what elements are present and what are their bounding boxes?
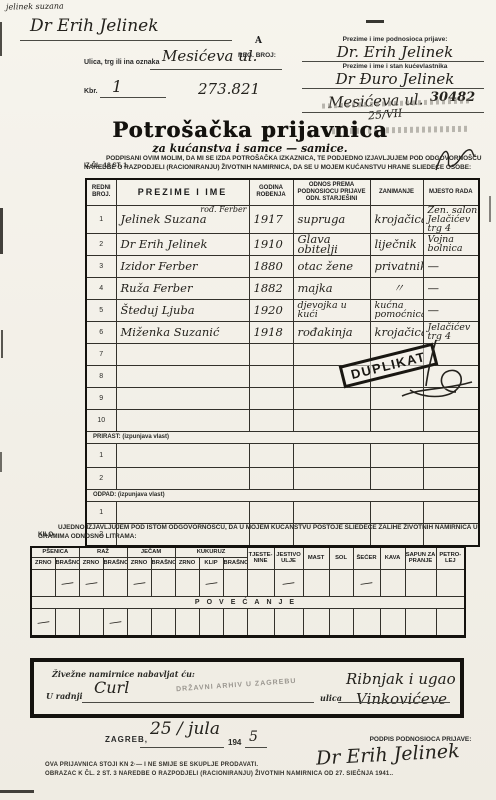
stock-cell: [436, 569, 465, 596]
reg-number-handwritten: 273.821: [198, 80, 260, 98]
underline: [302, 61, 484, 62]
scan-artifact: [366, 20, 384, 23]
applicant-label: Prezime i ime podnosioca prijave:: [305, 36, 485, 43]
odpad-label: ODPAD: (izpunjava vlast): [86, 489, 479, 501]
scan-artifact: [0, 22, 2, 56]
underline: [140, 747, 224, 748]
cell-relation: rođakinja: [293, 321, 370, 343]
cell-name: Miženka Suzanić: [116, 321, 249, 343]
underline: [150, 69, 282, 70]
table-row: 4 Ruža Ferber 1882 majka 〃 —: [86, 277, 479, 299]
cell-workplace: [423, 409, 479, 431]
sub-col-klip: KLIP: [199, 557, 223, 569]
signature-handwritten: Dr Erih Jelinek: [316, 738, 493, 769]
cell-born: [249, 365, 293, 387]
stock-cell: [223, 608, 247, 636]
reg-broj-label: REG. BROJ:: [238, 52, 276, 59]
archive-stamp: DRŽAVNI ARHIV U ZAGREBU: [176, 678, 297, 693]
povecanje-label: POVEĆANJE: [31, 596, 465, 608]
stock-row: — — — — — —: [31, 569, 465, 596]
stock-cell: —: [127, 569, 151, 596]
cell-workplace: Vojna bolnica: [423, 233, 479, 255]
cell-relation: Glava obitelji: [293, 233, 370, 255]
cell-name: [116, 409, 249, 431]
underline: [245, 747, 267, 748]
col-header-mjesto-rada: MJESTO RADA: [423, 179, 479, 205]
stock-cell: [79, 608, 103, 636]
row-number: 1: [86, 205, 116, 233]
col-tjestenine: TJESTE- NINE: [247, 547, 274, 569]
sub-col-brasno: BRAŠNO: [223, 557, 247, 569]
cell-occupation: [370, 409, 423, 431]
stock-cell: [151, 569, 175, 596]
row-number: 9: [86, 387, 116, 409]
stock-cell: [405, 608, 436, 636]
shop-label: U radnji: [46, 691, 83, 701]
stock-table: PŠENICA RAŽ JEČAM KUKURUZ TJESTE- NINE J…: [30, 546, 466, 638]
stock-cell: [405, 569, 436, 596]
cell-born: [249, 343, 293, 365]
scan-artifact: [0, 452, 2, 472]
sub-col-zrno: ZRNO: [79, 557, 103, 569]
scanned-form-page: jelinek suzana Dr Erih Jelinek Ulica, tr…: [0, 0, 496, 800]
col-secer: ŠEĆER: [353, 547, 380, 569]
cell-occupation: liječnik: [370, 233, 423, 255]
col-header-godina: GODINA ROĐENJA: [249, 179, 293, 205]
stock-cell: [329, 569, 353, 596]
stock-cell: [274, 608, 303, 636]
cell-workplace: —: [423, 255, 479, 277]
city-label: ZAGREB,: [105, 735, 148, 744]
stock-cell: —: [79, 569, 103, 596]
row-number: 7: [86, 343, 116, 365]
kbr-label: Kbr.: [84, 88, 98, 95]
cell-workplace: Žen. salon Jelačićev trg 4: [423, 205, 479, 233]
table-row: 1: [86, 443, 479, 467]
stock-cell: —: [103, 608, 127, 636]
table-row: 1 rođ. FerberJelinek Suzana 1917 supruga…: [86, 205, 479, 233]
cell-name: [116, 467, 249, 489]
scan-artifact: [0, 208, 3, 254]
stock-table-wrap: PŠENICA RAŽ JEČAM KUKURUZ TJESTE- NINE J…: [30, 546, 466, 638]
stock-cell: —: [353, 569, 380, 596]
cell-relation: supruga: [293, 205, 370, 233]
scan-artifact: [1, 330, 3, 358]
col-group-jecam: JEČAM: [127, 547, 175, 557]
stock-cell: [55, 608, 79, 636]
signature-scribble: [396, 334, 480, 406]
declaration-line2: NAREDBE O RAZPODJELI (RACIONIRANJU) ŽIVO…: [84, 164, 484, 171]
reg-letter: A: [255, 36, 262, 46]
stock-cell: [380, 569, 405, 596]
table-row: 2: [86, 467, 479, 489]
prirast-band: PRIRAST: (izpunjava vlast): [86, 431, 479, 443]
cell-relation: [293, 501, 370, 523]
col-jestivo-ulje: JESTIVO ULJE: [274, 547, 303, 569]
cell-relation: [293, 387, 370, 409]
scan-artifact: [0, 790, 34, 793]
cell-born: [249, 387, 293, 409]
ink-scribble: [432, 144, 478, 174]
stock-cell: [199, 608, 223, 636]
table-row: 5 Šteduj Ljuba 1920 djevojka u kući kućn…: [86, 299, 479, 321]
stock-cell: [353, 608, 380, 636]
stock-cell: [247, 608, 274, 636]
cell-born: [249, 409, 293, 431]
col-group-kukuruz: KUKURUZ: [175, 547, 247, 557]
footnote-line2: OBRAZAC K ČL. 2 ST. 3 NAREDBE O RAZPODJE…: [45, 771, 393, 777]
col-header-zanimanje: ZANIMANJE: [370, 179, 423, 205]
cell-name: [116, 343, 249, 365]
cell-relation: [293, 409, 370, 431]
underline: [302, 88, 484, 89]
row-number: 5: [86, 299, 116, 321]
cell-born: 1918: [249, 321, 293, 343]
cell-born: [249, 501, 293, 523]
sub-col-zrno: ZRNO: [175, 557, 199, 569]
cell-relation: otac žene: [293, 255, 370, 277]
row-number: 8: [86, 365, 116, 387]
stock-cell: —: [31, 608, 55, 636]
stock-cell: [151, 608, 175, 636]
cell-born: [249, 443, 293, 467]
stock-cell: [436, 608, 465, 636]
col-mast: MAST: [303, 547, 329, 569]
sub-col-brasno: BRAŠNO: [103, 557, 127, 569]
cell-name: Šteduj Ljuba: [116, 299, 249, 321]
cell-occupation: [370, 501, 423, 523]
kbr-value-handwritten: 1: [112, 77, 122, 96]
col-header-odnos: ODNOS PREMA PODNOSIOCU PRIJAVE ODN. STAR…: [293, 179, 370, 205]
row-number: 6: [86, 321, 116, 343]
prirast-label: PRIRAST: (izpunjava vlast): [86, 431, 479, 443]
cell-born: 1882: [249, 277, 293, 299]
underline: [100, 97, 166, 98]
holder-name-handwritten: Dr Erih Jelinek: [30, 16, 159, 36]
col-group-psenica: PŠENICA: [31, 547, 79, 557]
cell-name: Ruža Ferber: [116, 277, 249, 299]
row-number: 3: [86, 255, 116, 277]
pencil-note: jelinek suzana: [6, 1, 64, 11]
stock-row: — —: [31, 608, 465, 636]
cell-workplace: —: [423, 277, 479, 299]
stock-cell: [247, 569, 274, 596]
row-number: 2: [86, 233, 116, 255]
stock-cell: [303, 608, 329, 636]
table-row: 3 Izidor Ferber 1880 otac žene privatnik…: [86, 255, 479, 277]
cell-name: [116, 387, 249, 409]
year-handwritten: 5: [249, 729, 258, 745]
cell-name: [116, 365, 249, 387]
row-number: 2: [86, 467, 116, 489]
stock-cell: [175, 608, 199, 636]
footnote-line1: OVA PRIJAVNICA STOJI KN 2·— I NE SMIJE S…: [45, 762, 258, 768]
cell-born: [249, 467, 293, 489]
col-header-prezime-ime: PREZIME I IME: [116, 179, 249, 205]
cell-occupation: kućna pomoćnica: [370, 299, 423, 321]
cell-occupation: [370, 467, 423, 489]
cell-occupation: [370, 443, 423, 467]
stock-group-header-row: PŠENICA RAŽ JEČAM KUKURUZ TJESTE- NINE J…: [31, 547, 465, 557]
sub-col-brasno: BRAŠNO: [55, 557, 79, 569]
applicant-value-handwritten: Dr. Erih Jelinek: [310, 43, 480, 61]
odpad-band: ODPAD: (izpunjava vlast): [86, 489, 479, 501]
supply-box: Živežne namirnice nabavljat ću: U radnji…: [30, 658, 464, 718]
col-group-raz: RAŽ: [79, 547, 127, 557]
landlord-label: Prezime i ime i stan kućevlastnika: [305, 63, 485, 70]
table-row: 2 Dr Erih Jelinek 1910 Glava obitelji li…: [86, 233, 479, 255]
col-sapun: SAPUN ZA PRANJE: [405, 547, 436, 569]
col-kava: KAVA: [380, 547, 405, 569]
landlord-value-handwritten: Dr Đuro Jelinek: [310, 70, 480, 88]
row-number: 4: [86, 277, 116, 299]
scan-artifact: [489, 196, 491, 222]
table-row: 10: [86, 409, 479, 431]
cell-workplace: [423, 501, 479, 523]
sub-col-zrno: ZRNO: [31, 557, 55, 569]
stock-cell: [380, 608, 405, 636]
table-row: 1: [86, 501, 479, 523]
cell-relation: djevojka u kući: [293, 299, 370, 321]
cell-occupation: 〃: [370, 277, 423, 299]
cell-born: 1880: [249, 255, 293, 277]
cell-name: Dr Erih Jelinek: [116, 233, 249, 255]
col-sol: SOL: [329, 547, 353, 569]
cell-occupation: krojačica: [370, 205, 423, 233]
cell-relation: [293, 467, 370, 489]
underline: [302, 112, 484, 113]
stock-cell: [303, 569, 329, 596]
cell-name: [116, 501, 249, 523]
cell-born: 1920: [249, 299, 293, 321]
cell-name: Izidor Ferber: [116, 255, 249, 277]
stock-intro-line2: GRAMIMA ODNOSNO LITRAMA:: [38, 533, 480, 540]
stock-cell: —: [274, 569, 303, 596]
stock-cell: [223, 569, 247, 596]
cell-name: rođ. FerberJelinek Suzana: [116, 205, 249, 233]
header-row: REDNI BROJ. PREZIME I IME GODINA ROĐENJA…: [86, 179, 479, 205]
supply-street-line1-handwritten: Ribnjak i ugao: [346, 670, 456, 688]
cell-workplace: [423, 443, 479, 467]
underline: [20, 40, 232, 41]
sub-col-brasno: BRAŠNO: [151, 557, 175, 569]
street-label: Ulica, trg ili ina oznaka: [84, 59, 159, 66]
cell-name: [116, 443, 249, 467]
cell-born: 1910: [249, 233, 293, 255]
row-number: 1: [86, 501, 116, 523]
povecanje-band: POVEĆANJE: [31, 596, 465, 608]
col-header-redni-broj: REDNI BROJ.: [86, 179, 116, 205]
date-handwritten: 25 / jula: [150, 719, 220, 739]
shop-value-handwritten: Curl: [94, 678, 129, 697]
cell-born: 1917: [249, 205, 293, 233]
sub-col-zrno: ZRNO: [127, 557, 151, 569]
year-printed: 194: [228, 738, 241, 747]
underline: [338, 702, 450, 703]
underline: [82, 702, 314, 703]
col-petrolej: PETRO- LEJ: [436, 547, 465, 569]
form-subtitle: za kućanstva i samce — samice.: [50, 142, 450, 155]
supply-street-line2-handwritten: Vinkovićeve: [356, 690, 447, 708]
row-number: 10: [86, 409, 116, 431]
stock-cell: [103, 569, 127, 596]
form-title: Potrošačka prijavnica: [50, 117, 450, 142]
cell-workplace: —: [423, 299, 479, 321]
cell-occupation: privatnik: [370, 255, 423, 277]
stock-cell: [127, 608, 151, 636]
row-number: 1: [86, 443, 116, 467]
name-note: rođ. Ferber: [200, 206, 246, 214]
stock-cell: —: [199, 569, 223, 596]
cell-relation: majka: [293, 277, 370, 299]
cell-workplace: [423, 467, 479, 489]
stock-cell: —: [55, 569, 79, 596]
stock-cell: [175, 569, 199, 596]
stock-cell: [31, 569, 55, 596]
stock-cell: [329, 608, 353, 636]
cell-relation: [293, 443, 370, 467]
